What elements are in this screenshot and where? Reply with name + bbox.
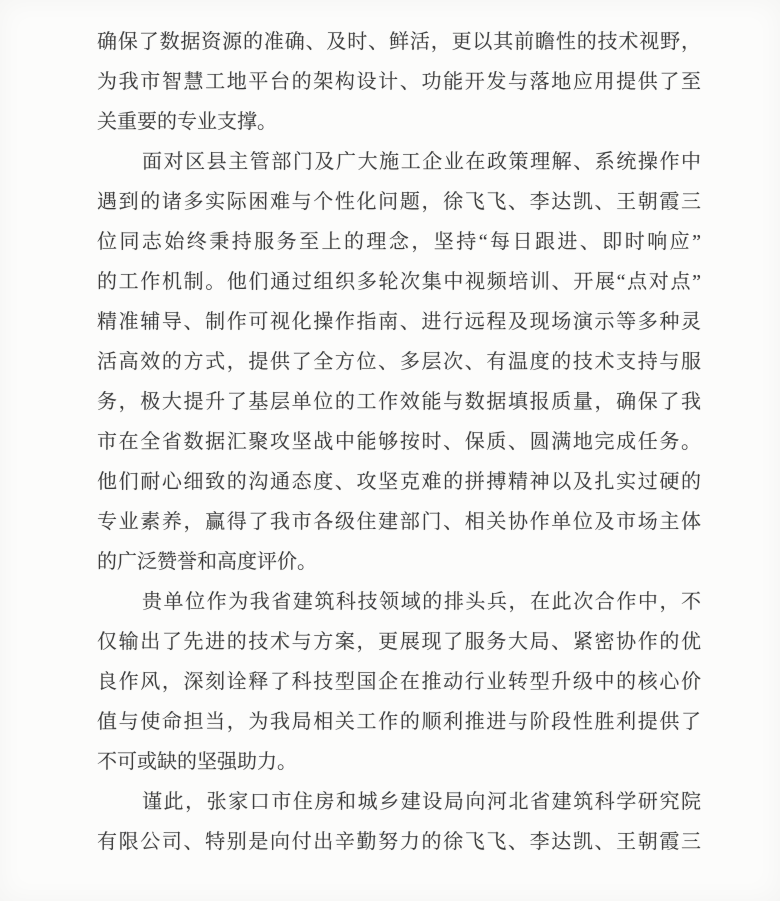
text-line: 市在全省数据汇聚攻坚战中能够按时、保质、圆满地完成任务。 [97, 422, 701, 462]
text-line: 面对区县主管部门及广大施工企业在政策理解、系统操作中 [97, 142, 701, 182]
text-line: 精准辅导、制作可视化操作指南、进行远程及现场演示等多种灵 [97, 302, 701, 342]
text-line: 仅输出了先进的技术与方案，更展现了服务大局、紧密协作的优 [97, 622, 701, 662]
text-line: 遇到的诸多实际困难与个性化问题，徐飞飞、李达凯、王朝霞三 [97, 182, 701, 222]
text-line: 关重要的专业支撑。 [97, 102, 701, 142]
text-line: 专业素养，赢得了我市各级住建部门、相关协作单位及市场主体 [97, 502, 701, 542]
document-page: 确保了数据资源的准确、及时、鲜活，更以其前瞻性的技术视野， 为我市智慧工地平台的… [0, 0, 780, 901]
text-line: 的工作机制。他们通过组织多轮次集中视频培训、开展“点对点” [97, 262, 701, 302]
text-line: 的广泛赞誉和高度评价。 [97, 542, 701, 582]
text-line: 务，极大提升了基层单位的工作效能与数据填报质量，确保了我 [97, 382, 701, 422]
text-line: 位同志始终秉持服务至上的理念，坚持“每日跟进、即时响应” [97, 222, 701, 262]
text-line: 确保了数据资源的准确、及时、鲜活，更以其前瞻性的技术视野， [97, 22, 701, 62]
text-line: 他们耐心细致的沟通态度、攻坚克难的拼搏精神以及扎实过硬的 [97, 462, 701, 502]
text-line: 贵单位作为我省建筑科技领域的排头兵，在此次合作中，不 [97, 582, 701, 622]
text-line: 谨此，张家口市住房和城乡建设局向河北省建筑科学研究院 [97, 782, 701, 822]
document-body: 确保了数据资源的准确、及时、鲜活，更以其前瞻性的技术视野， 为我市智慧工地平台的… [97, 22, 701, 862]
text-line: 为我市智慧工地平台的架构设计、功能开发与落地应用提供了至 [97, 62, 701, 102]
text-line: 值与使命担当，为我局相关工作的顺利推进与阶段性胜利提供了 [97, 702, 701, 742]
text-line: 活高效的方式，提供了全方位、多层次、有温度的技术支持与服 [97, 342, 701, 382]
text-line: 良作风，深刻诠释了科技型国企在推动行业转型升级中的核心价 [97, 662, 701, 702]
text-line: 不可或缺的坚强助力。 [97, 742, 701, 782]
text-line: 有限公司、特别是向付出辛勤努力的徐飞飞、李达凯、王朝霞三 [97, 822, 701, 862]
